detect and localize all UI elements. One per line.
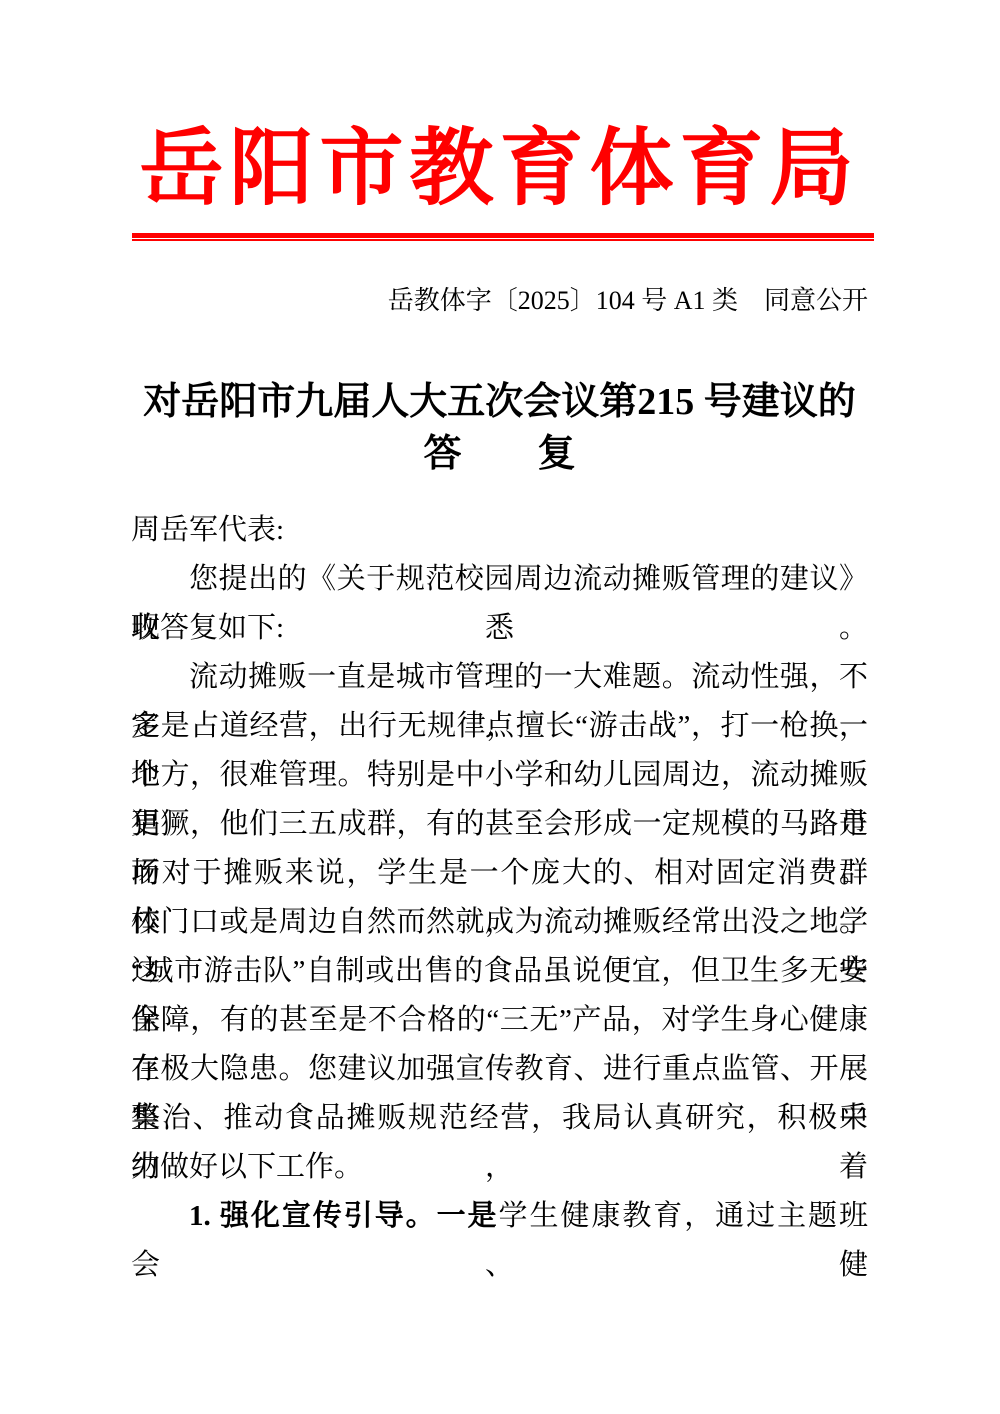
salutation-line: 周岳军代表: bbox=[131, 506, 868, 555]
document-page: 岳阳市教育体育局 岳教体字〔2025〕104 号 A1 类 同意公开 对岳阳市九… bbox=[0, 0, 1000, 1414]
body-line: 校门口或是周边自然而然就成为流动摊贩经常出没之地。这些 bbox=[131, 898, 868, 947]
body-line: 您提出的《关于规范校园周边流动摊贩管理的建议》收悉。 bbox=[131, 555, 868, 604]
agency-masthead: 岳阳市教育体育局 bbox=[131, 118, 868, 222]
body-line: 流动摊贩一直是城市管理的一大难题。流动性强，不定点， bbox=[131, 653, 868, 702]
document-title: 对岳阳市九届人大五次会议第215 号建议的 答 复 bbox=[131, 376, 868, 480]
body-line: 而对于摊贩来说，学生是一个庞大的、相对固定消费群体，学 bbox=[131, 849, 868, 898]
red-divider-rule bbox=[132, 233, 874, 241]
body-line: 多是占道经营，出行无规律，擅长“游击战”，打一枪换一个 bbox=[131, 702, 868, 751]
body-line-numbered-item: 1. 强化宣传引导。一是学生健康教育，通过主题班会、健 bbox=[131, 1192, 868, 1241]
document-reference-number: 岳教体字〔2025〕104 号 A1 类 同意公开 bbox=[131, 282, 868, 320]
document-title-line2: 答 复 bbox=[131, 428, 868, 480]
document-body: 周岳军代表: 您提出的《关于规范校园周边流动摊贩管理的建议》收悉。 现答复如下:… bbox=[131, 506, 868, 1241]
numbered-item-bold-lead: 1. 强化宣传引导。一是 bbox=[189, 1200, 499, 1232]
body-line: 在极大隐患。您建议加强宣传教育、进行重点监管、开展集中 bbox=[131, 1045, 868, 1094]
document-title-line1: 对岳阳市九届人大五次会议第215 号建议的 bbox=[131, 376, 868, 428]
body-line: 整治、推动食品摊贩规范经营，我局认真研究，积极采纳，着 bbox=[131, 1094, 868, 1143]
body-line: 保障，有的甚至是不合格的“三无”产品，对学生身心健康存 bbox=[131, 996, 868, 1045]
body-line: 猖獗，他们三五成群，有的甚至会形成一定规模的马路市场。 bbox=[131, 800, 868, 849]
body-line: “城市游击队”自制或出售的食品虽说便宜，但卫生多无安全 bbox=[131, 947, 868, 996]
body-line: 地方，很难管理。特别是中小学和幼儿园周边，流动摊贩更是 bbox=[131, 751, 868, 800]
